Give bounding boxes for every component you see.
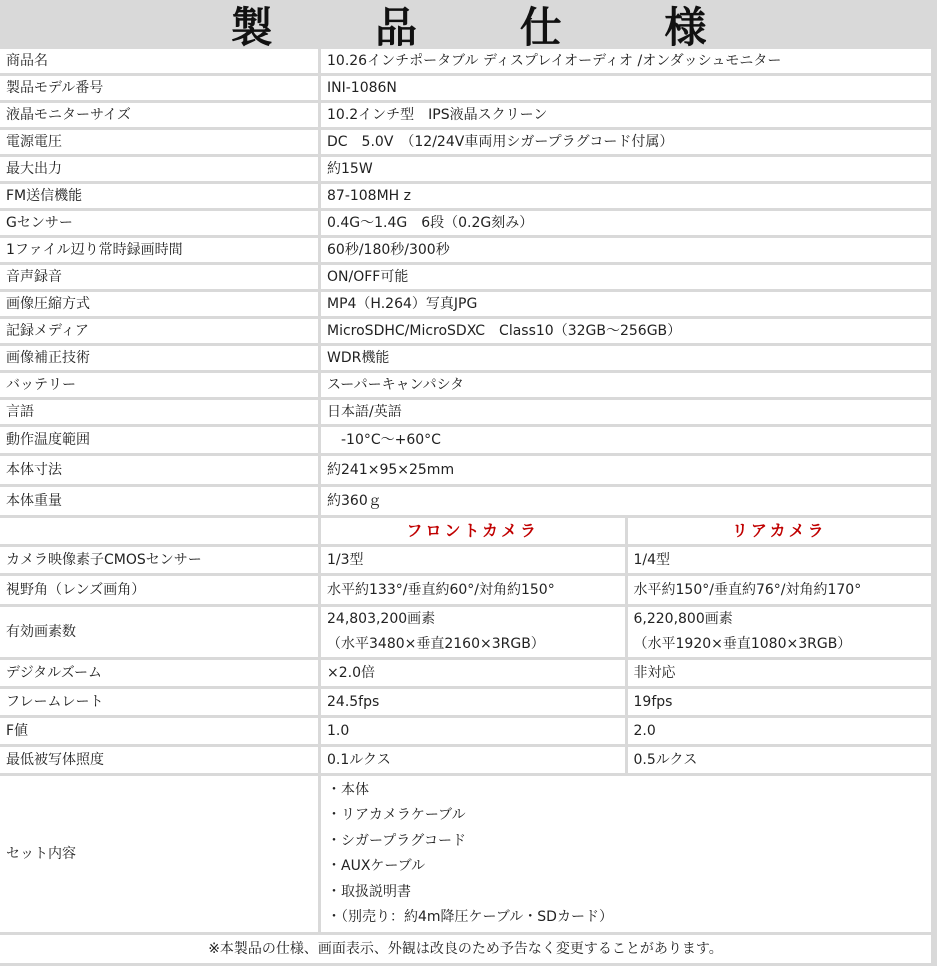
spec-label: 有効画素数 xyxy=(0,607,318,657)
spec-label: 言語 xyxy=(0,400,318,424)
rear-value: 2.0 xyxy=(628,718,932,744)
list-item: ・本体 xyxy=(327,778,925,804)
table-row: 音声録音ON/OFF可能 xyxy=(0,265,931,289)
spec-value: 約15W xyxy=(321,157,931,181)
spec-value: 87-108MH z xyxy=(321,184,931,208)
empty-cell xyxy=(0,518,318,544)
spec-value: DC 5.0V （12/24V車両用シガープラグコード付属） xyxy=(321,130,931,154)
table-row: Gセンサー0.4G～1.4G 6段（0.2G刻み） xyxy=(0,211,931,235)
spec-sheet: 製 品 仕 様 商品名10.26インチポータブル ディスプレイオーディオ /オン… xyxy=(0,0,937,966)
rear-value: 6,220,800画素（水平1920×垂直1080×3RGB） xyxy=(628,607,932,657)
spec-table: 商品名10.26インチポータブル ディスプレイオーディオ /オンダッシュモニター… xyxy=(0,46,934,966)
table-row: 液晶モニターサイズ10.2インチ型 IPS液晶スクリーン xyxy=(0,103,931,127)
table-row: 最低被写体照度0.1ルクス0.5ルクス xyxy=(0,747,931,773)
front-value: ×2.0倍 xyxy=(321,660,625,686)
rear-camera-header: リアカメラ xyxy=(628,518,932,544)
front-value: 0.1ルクス xyxy=(321,747,625,773)
list-item: ・AUXケーブル xyxy=(327,854,925,880)
footnote-row: ※本製品の仕様、画面表示、外観は改良のため予告なく変更することがあります。 xyxy=(0,935,931,963)
spec-label: バッテリー xyxy=(0,373,318,397)
spec-label: カメラ映像素子CMOSセンサー xyxy=(0,547,318,573)
list-item: ・リアカメラケーブル xyxy=(327,803,925,829)
rear-pixels: 6,220,800画素 xyxy=(634,607,926,632)
spec-label: 1ファイル辺り常時録画時間 xyxy=(0,238,318,262)
page-title: 製 品 仕 様 xyxy=(0,0,937,49)
rear-value: 非対応 xyxy=(628,660,932,686)
front-value: 24.5fps xyxy=(321,689,625,715)
front-value: 水平約133°/垂直約60°/対角約150° xyxy=(321,576,625,604)
spec-label: 視野角（レンズ画角） xyxy=(0,576,318,604)
spec-value: 0.4G～1.4G 6段（0.2G刻み） xyxy=(321,211,931,235)
rear-value: 19fps xyxy=(628,689,932,715)
table-row: 1ファイル辺り常時録画時間60秒/180秒/300秒 xyxy=(0,238,931,262)
table-row: デジタルズーム×2.0倍非対応 xyxy=(0,660,931,686)
spec-label: 最大出力 xyxy=(0,157,318,181)
spec-value: 10.2インチ型 IPS液晶スクリーン xyxy=(321,103,931,127)
table-row: 本体重量約360ｇ xyxy=(0,487,931,515)
spec-label: デジタルズーム xyxy=(0,660,318,686)
spec-label: フレームレート xyxy=(0,689,318,715)
spec-value: -10°C～+60°C xyxy=(321,427,931,453)
list-item: ・（別売り：約4m降圧ケーブル・SDカード） xyxy=(327,905,925,931)
table-row: カメラ映像素子CMOSセンサー1/3型1/4型 xyxy=(0,547,931,573)
set-contents-row: セット内容 ・本体 ・リアカメラケーブル ・シガープラグコード ・AUXケーブル… xyxy=(0,776,931,932)
footnote: ※本製品の仕様、画面表示、外観は改良のため予告なく変更することがあります。 xyxy=(0,935,931,963)
table-row: 本体寸法約241×95×25mm xyxy=(0,456,931,484)
spec-label: FM送信機能 xyxy=(0,184,318,208)
spec-label: Gセンサー xyxy=(0,211,318,235)
spec-value: 約360ｇ xyxy=(321,487,931,515)
table-row: 最大出力約15W xyxy=(0,157,931,181)
spec-value: INI-1086N xyxy=(321,76,931,100)
spec-value: 60秒/180秒/300秒 xyxy=(321,238,931,262)
spec-value: スーパーキャンパシタ xyxy=(321,373,931,397)
front-camera-header: フロントカメラ xyxy=(321,518,625,544)
table-row: 言語日本語/英語 xyxy=(0,400,931,424)
rear-pixels-detail: （水平1920×垂直1080×3RGB） xyxy=(634,632,926,657)
table-row: 記録メディアMicroSDHC/MicroSDXC Class10（32GB～2… xyxy=(0,319,931,343)
list-item: ・取扱説明書 xyxy=(327,880,925,906)
spec-label: 本体寸法 xyxy=(0,456,318,484)
table-row: F値1.02.0 xyxy=(0,718,931,744)
camera-header-row: フロントカメラ リアカメラ xyxy=(0,518,931,544)
table-row: FM送信機能87-108MH z xyxy=(0,184,931,208)
list-item: ・シガープラグコード xyxy=(327,829,925,855)
spec-value: WDR機能 xyxy=(321,346,931,370)
front-value: 1/3型 xyxy=(321,547,625,573)
front-value: 1.0 xyxy=(321,718,625,744)
spec-label: 画像圧縮方式 xyxy=(0,292,318,316)
spec-label: 電源電圧 xyxy=(0,130,318,154)
set-contents-list: ・本体 ・リアカメラケーブル ・シガープラグコード ・AUXケーブル ・取扱説明… xyxy=(321,776,931,932)
table-row: 製品モデル番号INI-1086N xyxy=(0,76,931,100)
front-pixels-detail: （水平3480×垂直2160×3RGB） xyxy=(327,632,619,657)
rear-value: 水平約150°/垂直約76°/対角約170° xyxy=(628,576,932,604)
spec-label: 画像補正技術 xyxy=(0,346,318,370)
spec-label: 製品モデル番号 xyxy=(0,76,318,100)
spec-value: MP4（H.264）写真JPG xyxy=(321,292,931,316)
table-row: バッテリースーパーキャンパシタ xyxy=(0,373,931,397)
spec-label: F値 xyxy=(0,718,318,744)
front-value: 24,803,200画素（水平3480×垂直2160×3RGB） xyxy=(321,607,625,657)
spec-value: 約241×95×25mm xyxy=(321,456,931,484)
spec-label: セット内容 xyxy=(0,776,318,932)
table-row: 視野角（レンズ画角）水平約133°/垂直約60°/対角約150°水平約150°/… xyxy=(0,576,931,604)
front-pixels: 24,803,200画素 xyxy=(327,607,619,632)
table-row: 有効画素数 24,803,200画素（水平3480×垂直2160×3RGB） 6… xyxy=(0,607,931,657)
spec-label: 記録メディア xyxy=(0,319,318,343)
table-row: 画像補正技術WDR機能 xyxy=(0,346,931,370)
spec-value: ON/OFF可能 xyxy=(321,265,931,289)
table-row: 電源電圧DC 5.0V （12/24V車両用シガープラグコード付属） xyxy=(0,130,931,154)
spec-value: MicroSDHC/MicroSDXC Class10（32GB～256GB） xyxy=(321,319,931,343)
spec-label: 音声録音 xyxy=(0,265,318,289)
spec-label: 本体重量 xyxy=(0,487,318,515)
spec-label: 最低被写体照度 xyxy=(0,747,318,773)
rear-value: 0.5ルクス xyxy=(628,747,932,773)
table-row: フレームレート24.5fps19fps xyxy=(0,689,931,715)
table-row: 動作温度範囲 -10°C～+60°C xyxy=(0,427,931,453)
spec-value: 日本語/英語 xyxy=(321,400,931,424)
table-row: 商品名10.26インチポータブル ディスプレイオーディオ /オンダッシュモニター xyxy=(0,49,931,73)
table-row: 画像圧縮方式MP4（H.264）写真JPG xyxy=(0,292,931,316)
spec-label: 動作温度範囲 xyxy=(0,427,318,453)
spec-value: 10.26インチポータブル ディスプレイオーディオ /オンダッシュモニター xyxy=(321,49,931,73)
rear-value: 1/4型 xyxy=(628,547,932,573)
spec-label: 液晶モニターサイズ xyxy=(0,103,318,127)
